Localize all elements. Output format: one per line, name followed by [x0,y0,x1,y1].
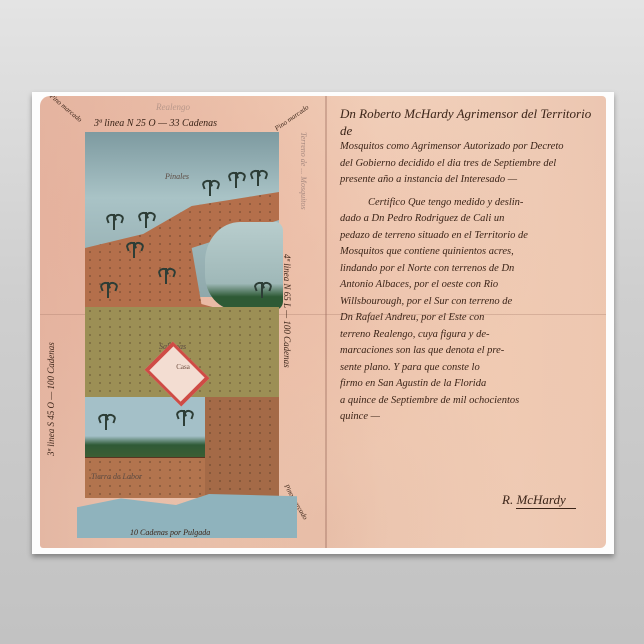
letter-line: presente año a instancia del Interesado … [340,172,595,189]
map-right-faint-label: Terreno de ... Mosquitos [299,132,308,210]
map-pond [205,222,283,310]
corner-note-top-right: Pino marcado [273,103,310,132]
map-lower-sky-region [85,397,205,457]
map-lower-brown-block [205,397,279,497]
certify-line: lindando por el Norte con terrenos de Dn [340,261,595,278]
tree-icon [209,180,211,196]
manuscript-sheet: Realengo 3ª linea N 25 O — 33 Cadenas Pi… [40,96,606,548]
tree-icon [165,268,167,284]
certify-line: Certifico Que tengo medido y deslin- [340,195,595,212]
letter-line: Mosquitos como Agrimensor Autorizado por… [340,139,595,156]
map-top-survey-label: 3ª linea N 25 O — 33 Cadenas [94,118,217,129]
certify-line: a quince de Septiembre de mil ochociento… [340,393,595,410]
certify-line: Dn Rafael Andreu, por el Este con [340,310,595,327]
tree-icon [145,212,147,228]
poster-frame: Realengo 3ª linea N 25 O — 33 Cadenas Pi… [32,92,614,554]
tree-icon [113,214,115,230]
certify-line: Mosquitos que contiene quinientos acres, [340,244,595,261]
certify-line: Willsbourough, por el Sur con terreno de [340,294,595,311]
signature: R. McHardy [502,492,566,508]
certificate-text: Dn Roberto McHardy Agrimensor del Territ… [340,106,595,426]
certify-line: terreno Realengo, cuya figura y de- [340,327,595,344]
tree-icon [235,172,237,188]
tree-icon [257,170,259,186]
lower-region-label: Tierra de Labor [91,472,142,481]
certify-line: quince — [340,409,595,426]
signature-flourish [516,508,576,509]
certify-line: firmo en San Agustin de la Florida [340,376,595,393]
map-right-survey-label: 4ª linea N 65 L — 100 Cadenas [282,254,292,368]
certify-line: marcaciones son las que denota el pre- [340,343,595,360]
tree-icon [133,242,135,258]
letter-line: Dn Roberto McHardy Agrimensor del Territ… [340,106,595,139]
certify-line: dado a Dn Pedro Rodriguez de Cali un [340,211,595,228]
letter-line: del Gobierno decidido el dia tres de Sep… [340,156,595,173]
certify-line: sente plano. Y para que conste lo [340,360,595,377]
diamond-label: Casa [157,363,209,371]
tree-icon [261,282,263,298]
fold-line-vertical [325,96,327,548]
certify-line: pedazo de terreno situado en el Territor… [340,228,595,245]
certify-line: Antonio Albaces, por el oeste con Rio [340,277,595,294]
map-scale-label: 10 Cadenas por Pulgada [130,528,210,537]
corner-note-top-left: Pino marcado [48,96,83,124]
survey-map: Pinales Sabanas Casa Tierra de Labor [85,132,279,504]
map-left-survey-label: 3ª linea S 45 O — 100 Cadenas [46,342,56,456]
tree-icon [105,414,107,430]
sky-region-label: Pinales [165,172,189,181]
tree-icon [107,282,109,298]
tree-icon [183,410,185,426]
map-top-faint-label: Realengo [156,102,190,112]
